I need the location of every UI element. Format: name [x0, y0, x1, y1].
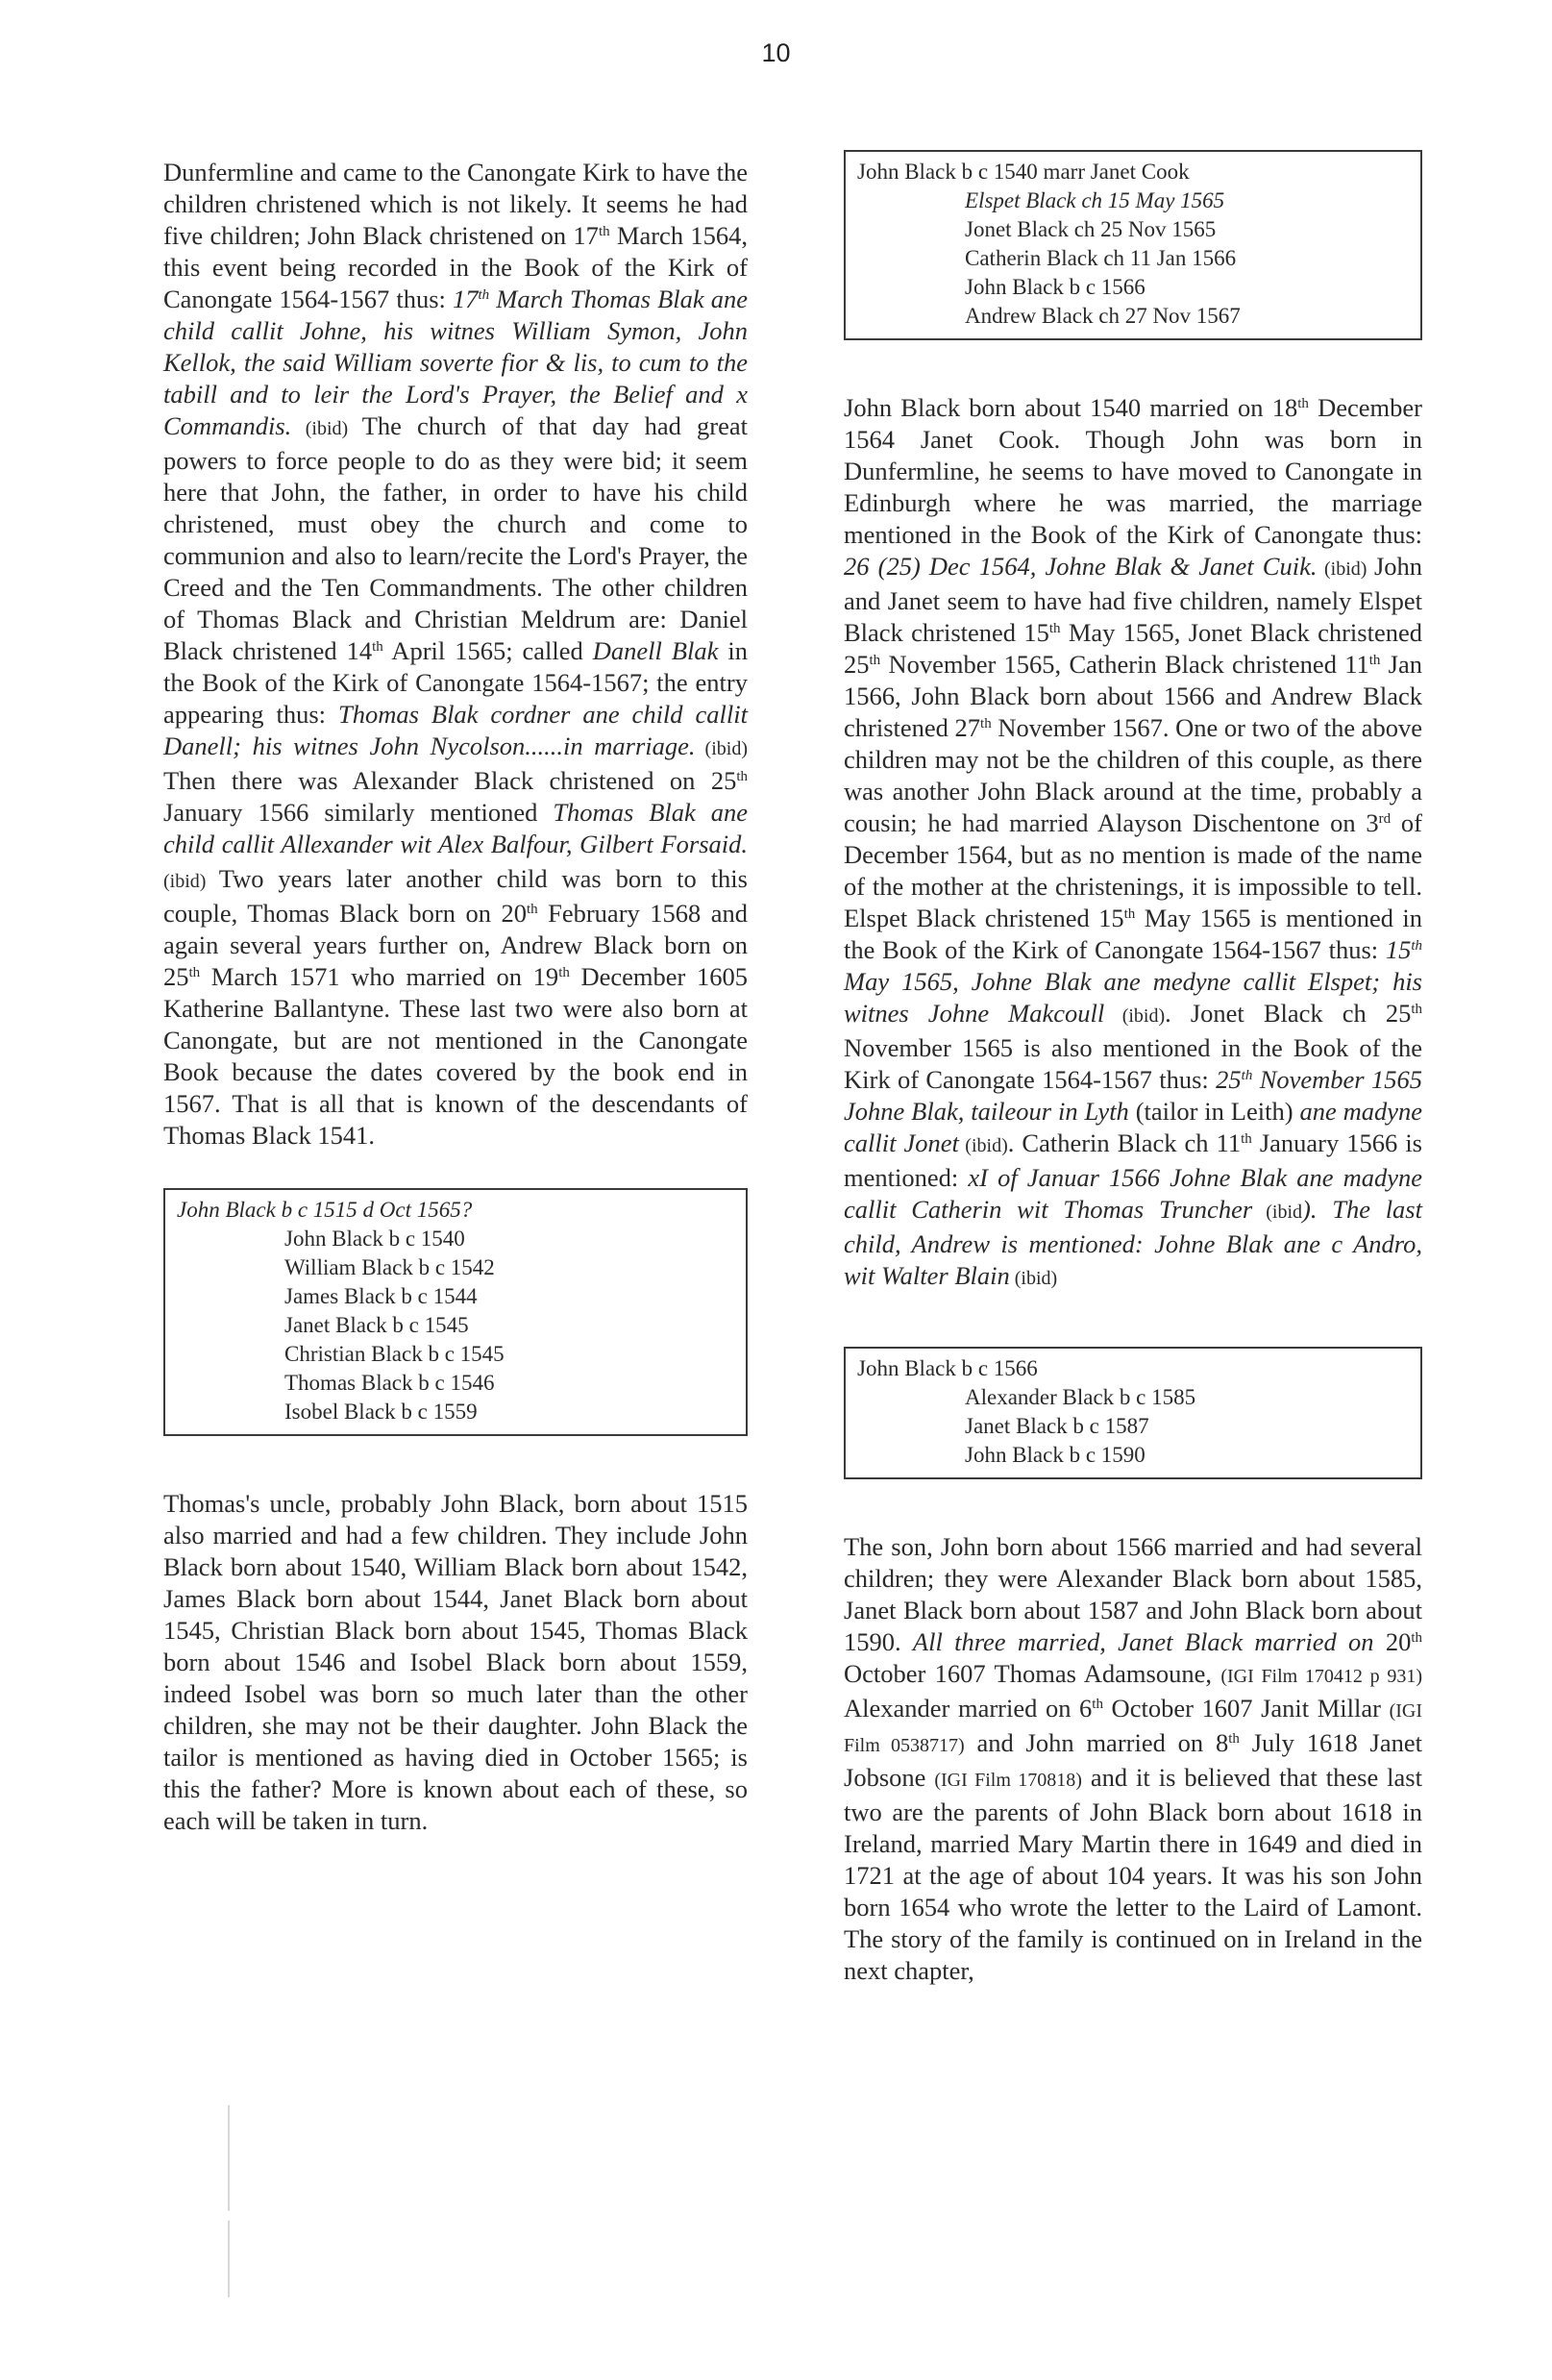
left-paragraph-2: Thomas's uncle, probably John Black, bor…: [163, 1488, 748, 1837]
family-box-child: Christian Black b c 1545: [177, 1340, 736, 1369]
page-number: 10: [0, 38, 1552, 68]
family-box-child: John Black b c 1566: [857, 273, 1411, 302]
family-box-child: John Black b c 1590: [857, 1441, 1411, 1470]
family-box-child: Catherin Black ch 11 Jan 1566: [857, 244, 1411, 273]
family-box-john-black-1540: John Black b c 1540 marr Janet Cook Elsp…: [844, 150, 1422, 340]
family-box-child: Jonet Black ch 25 Nov 1565: [857, 215, 1411, 244]
family-box-john-black-1515: John Black b c 1515 d Oct 1565? John Bla…: [163, 1188, 748, 1436]
family-box-head: John Black b c 1566: [857, 1354, 1411, 1383]
right-paragraph-1: John Black born about 1540 married on 18…: [844, 392, 1422, 1295]
scan-artifact-line: [228, 2220, 230, 2297]
family-box-child: Isobel Black b c 1559: [177, 1398, 736, 1426]
family-box-child: John Black b c 1540: [177, 1225, 736, 1253]
right-column: John Black b c 1540 marr Janet Cook Elsp…: [844, 150, 1422, 1987]
family-box-child: Alexander Black b c 1585: [857, 1383, 1411, 1412]
left-column: Dunfermline and came to the Canongate Ki…: [163, 157, 748, 1837]
family-box-john-black-1566: John Black b c 1566 Alexander Black b c …: [844, 1347, 1422, 1479]
family-box-child: William Black b c 1542: [177, 1253, 736, 1282]
scan-artifact-line: [228, 2105, 230, 2211]
family-box-child: Elspet Black ch 15 May 1565: [857, 186, 1411, 215]
family-box-head: John Black b c 1540 marr Janet Cook: [857, 158, 1411, 186]
family-box-child: Janet Black b c 1545: [177, 1311, 736, 1340]
family-box-child: Janet Black b c 1587: [857, 1412, 1411, 1441]
family-box-child: Andrew Black ch 27 Nov 1567: [857, 302, 1411, 331]
left-paragraph-1: Dunfermline and came to the Canongate Ki…: [163, 157, 748, 1152]
family-box-head: John Black b c 1515 d Oct 1565?: [177, 1196, 736, 1225]
right-paragraph-2: The son, John born about 1566 married an…: [844, 1531, 1422, 1987]
family-box-child: James Black b c 1544: [177, 1282, 736, 1311]
family-box-child: Thomas Black b c 1546: [177, 1369, 736, 1398]
